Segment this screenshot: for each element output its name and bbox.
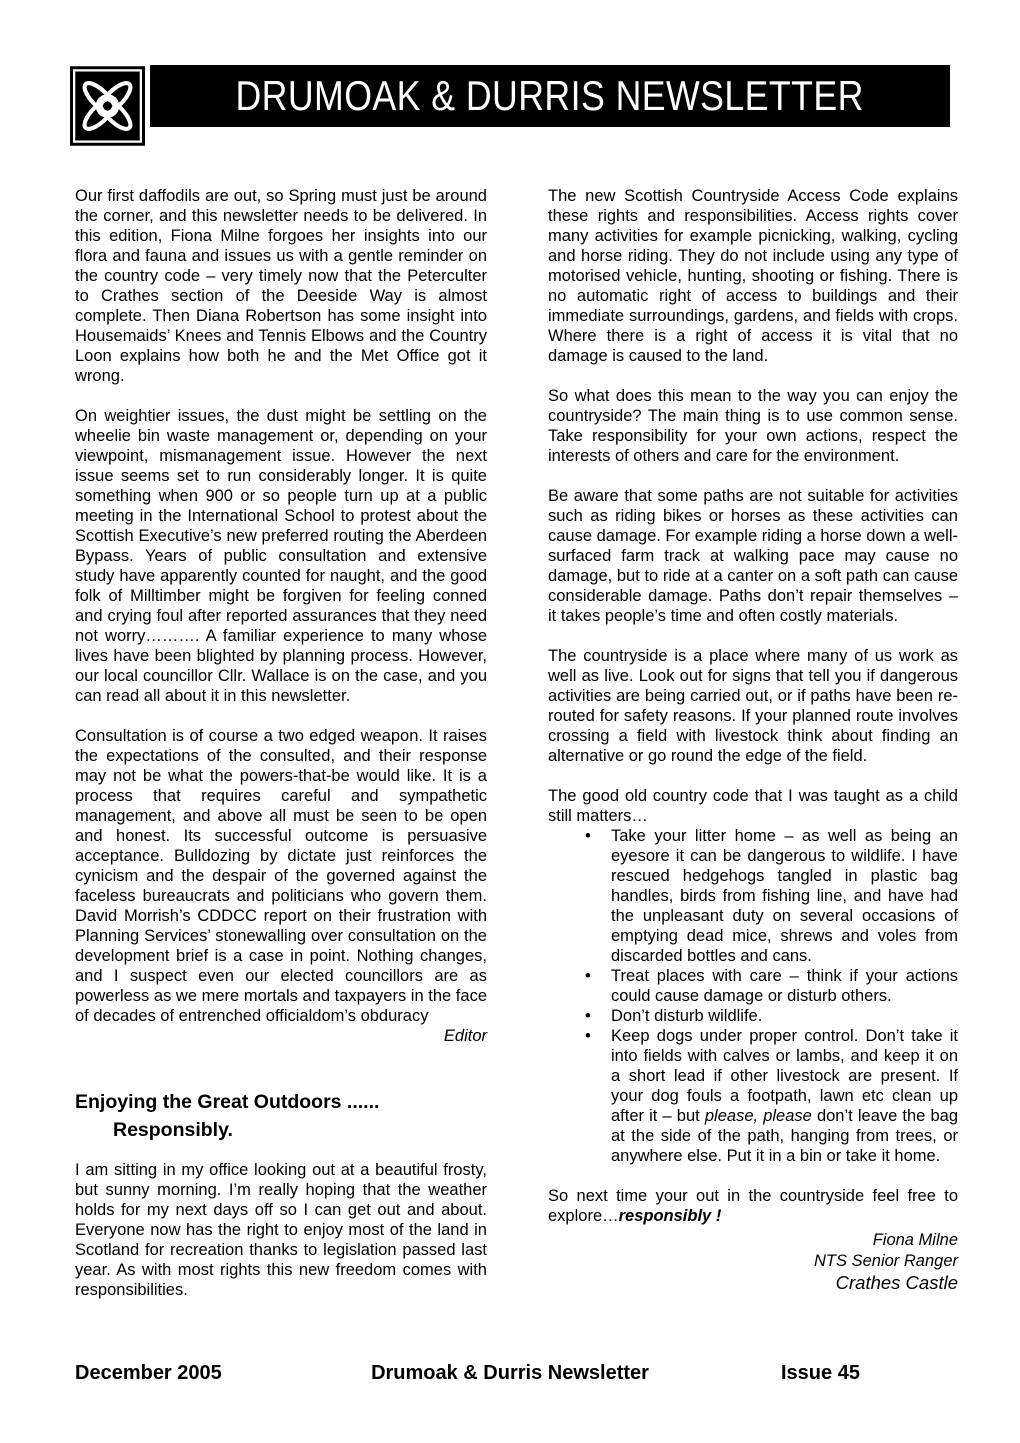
celtic-knot-icon — [70, 66, 145, 146]
closing-text: So next time your out in the countryside… — [548, 1187, 958, 1225]
title-banner: DRUMOAK & DURRIS NEWSLETTER — [150, 65, 950, 127]
paragraph-office-morning: I am sitting in my office looking out at… — [75, 1160, 487, 1300]
editor-signoff: Editor — [75, 1026, 487, 1046]
list-item-wildlife: Don’t disturb wildlife. — [548, 1006, 958, 1026]
section-heading: Enjoying the Great Outdoors ...... Respo… — [75, 1088, 487, 1144]
paragraph-common-sense: So what does this mean to the way you ca… — [548, 386, 958, 466]
paragraph-countryside-signs: The countryside is a place where many of… — [548, 646, 958, 766]
list-item-dogs: Keep dogs under proper control. Don’t ta… — [548, 1026, 958, 1166]
country-code-list: Take your litter home – as well as being… — [548, 826, 958, 1166]
paragraph-country-code: The good old country code that I was tau… — [548, 786, 958, 826]
list-item-text: Treat places with care – think if your a… — [611, 967, 958, 1005]
closing-paragraph: So next time your out in the countryside… — [548, 1186, 958, 1226]
list-item-litter: Take your litter home – as well as being… — [548, 826, 958, 966]
list-item-emphasis: please, please — [705, 1107, 812, 1125]
left-column: Our first daffodils are out, so Spring m… — [75, 186, 487, 1300]
signature-role: NTS Senior Ranger — [548, 1251, 958, 1272]
newsletter-title: DRUMOAK & DURRIS NEWSLETTER — [236, 72, 864, 120]
signature-location: Crathes Castle — [548, 1272, 958, 1293]
newsletter-body: Our first daffodils are out, so Spring m… — [75, 186, 958, 1300]
section-heading-line2: Responsibly. — [75, 1116, 487, 1144]
paragraph-consultation: Consultation is of course a two edged we… — [75, 726, 487, 1026]
closing-emphasis: responsibly ! — [619, 1207, 722, 1225]
paragraph-access-code: The new Scottish Countryside Access Code… — [548, 186, 958, 366]
right-column: The new Scottish Countryside Access Code… — [548, 186, 958, 1300]
paragraph-weightier-issues: On weightier issues, the dust might be s… — [75, 406, 487, 706]
celtic-knot-graphic — [70, 66, 145, 146]
newsletter-page: DRUMOAK & DURRIS NEWSLETTER Our first da… — [0, 0, 1020, 1443]
list-item-text: Take your litter home – as well as being… — [611, 827, 958, 965]
signature-name: Fiona Milne — [548, 1230, 958, 1251]
footer-newsletter-name: Drumoak & Durris Newsletter — [0, 1362, 1020, 1385]
paragraph-editorial-intro: Our first daffodils are out, so Spring m… — [75, 186, 487, 386]
footer-issue-number: Issue 45 — [781, 1362, 860, 1385]
signature-block: Fiona Milne NTS Senior Ranger Crathes Ca… — [548, 1230, 958, 1293]
list-item-text: Don’t disturb wildlife. — [611, 1007, 762, 1025]
page-footer: December 2005 Drumoak & Durris Newslette… — [0, 1362, 1020, 1388]
paragraph-paths: Be aware that some paths are not suitabl… — [548, 486, 958, 626]
list-item-treat-places: Treat places with care – think if your a… — [548, 966, 958, 1006]
section-heading-line1: Enjoying the Great Outdoors ...... — [75, 1091, 379, 1113]
